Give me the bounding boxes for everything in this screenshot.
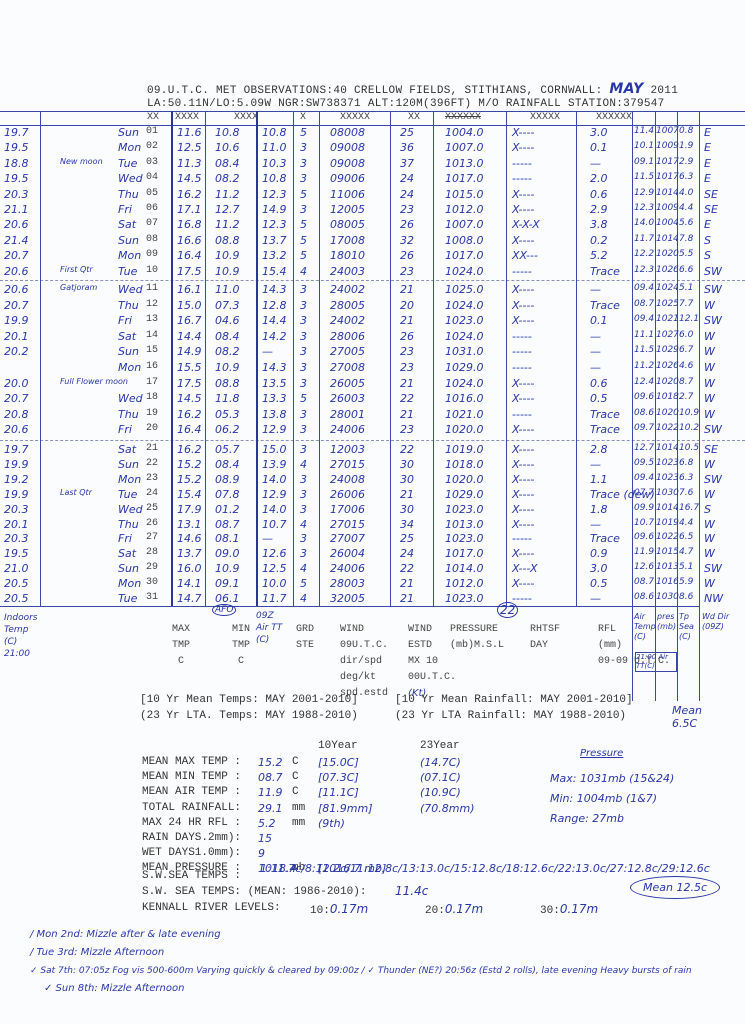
cell-p2: 1030 xyxy=(656,592,679,602)
cell-rain: — xyxy=(590,518,601,531)
table-row: 20.0Full Flower moon1717.508.813.5326005… xyxy=(0,377,745,393)
cell-state: 3 xyxy=(300,547,307,560)
cell-max: 15.0 xyxy=(177,299,202,312)
cell-indoor: 20.7 xyxy=(4,392,29,405)
cell-p2: 1026 xyxy=(656,265,679,275)
lta-temps-ref: (23 Yr LTA. Temps: MAY 1988-2010) xyxy=(140,710,358,722)
cell-pres: 1008.0 xyxy=(445,234,484,247)
cell-indoor: 20.6 xyxy=(4,423,29,436)
cell-p2: 1025 xyxy=(656,299,679,309)
sea-temp-col-header: Tp Sea (C) xyxy=(679,612,699,642)
cell-date: 20 xyxy=(146,423,158,434)
cell-p2: 1020 xyxy=(656,377,679,387)
cell-wind: 27015 xyxy=(330,458,365,471)
pressure-max: Max: 1031mb (15&24) xyxy=(550,772,674,785)
cell-grd: 14.0 xyxy=(262,503,287,516)
cell-indoor: 19.5 xyxy=(4,141,29,154)
cell-state: 5 xyxy=(300,392,307,405)
cell-grd: 14.0 xyxy=(262,473,287,486)
cell-state: 3 xyxy=(300,443,307,456)
cell-max: 16.2 xyxy=(177,443,202,456)
cell-max: 16.2 xyxy=(177,188,202,201)
cell-state: 3 xyxy=(300,361,307,374)
cell-date: 11 xyxy=(146,283,158,294)
cell-rain: — xyxy=(590,592,601,605)
cell-gust: 22 xyxy=(400,562,414,575)
cell-grd: 14.9 xyxy=(262,203,287,216)
cell-sea: 8.6 xyxy=(679,592,693,602)
summary-ten-year: (9th) xyxy=(318,817,345,830)
cell-wind: 09006 xyxy=(330,172,365,185)
summary-lta: (10.9C) xyxy=(420,786,461,799)
cell-dir: NW xyxy=(704,592,723,605)
cell-p2: 1017 xyxy=(656,157,679,167)
table-row: 21.4Sun0816.608.813.7517008321008.0X----… xyxy=(0,234,745,250)
cell-dir: S xyxy=(704,249,711,262)
cell-rain: 0.2 xyxy=(590,234,608,247)
cell-sea: 7.7 xyxy=(679,299,693,309)
cell-rain: 3.0 xyxy=(590,126,608,139)
mean-note: Mean 6.5C xyxy=(672,704,712,730)
table-row: 18.8New moonTue0311.308.410.330900837101… xyxy=(0,157,745,173)
cell-air: 09.6 xyxy=(634,392,654,402)
cell-pres: 1014.0 xyxy=(445,562,484,575)
cell-max: 16.8 xyxy=(177,218,202,231)
table-row: 20.1Thu2613.108.710.7427015341013.0X----… xyxy=(0,518,745,534)
cell-p2: 1026 xyxy=(656,361,679,371)
cell-indoor: 19.2 xyxy=(4,473,29,486)
cell-wind: 08008 xyxy=(330,126,365,139)
cell-sea: 5.9 xyxy=(679,577,693,587)
afo-note: AFO xyxy=(212,604,236,616)
cell-sea: 10.2 xyxy=(679,423,699,433)
table-row: 20.6GatjoramWed1116.111.014.332400221102… xyxy=(0,283,745,299)
cell-max: 15.2 xyxy=(177,458,202,471)
cell-state: 4 xyxy=(300,265,307,278)
cell-dir: S xyxy=(704,234,711,247)
cell-date: 29 xyxy=(146,562,158,573)
cell-day: Wed xyxy=(118,283,143,296)
cell-grd: 10.8 xyxy=(262,172,287,185)
cell-dir: SE xyxy=(704,443,718,456)
cell-day: Tue xyxy=(118,157,137,170)
cell-day: Thu xyxy=(118,299,139,312)
cell-pres: 1013.0 xyxy=(445,157,484,170)
cell-p2: 1013 xyxy=(656,562,679,572)
table-row: 19.9Sun2215.208.413.9427015301018.0X----… xyxy=(0,458,745,474)
cell-date: 23 xyxy=(146,473,158,484)
cell-date: 03 xyxy=(146,157,158,168)
sea-temps-month-mean: Mean 12.5c xyxy=(630,876,720,899)
cell-sea: 7.6 xyxy=(679,488,693,498)
sea-temps-values: 1:11.7c/8:12.2c/11:12.8c/13:13.0c/15:12.… xyxy=(260,862,710,875)
cell-present: X---- xyxy=(512,577,534,590)
weather-header: RHTSFDAY xyxy=(530,622,560,654)
cell-max: 16.1 xyxy=(177,283,202,296)
cell-gust: 23 xyxy=(400,423,414,436)
cell-dir: W xyxy=(704,377,715,390)
cell-dir: SE xyxy=(704,203,718,216)
river-day10: 10:0.17m xyxy=(310,902,368,917)
cell-day: Sun xyxy=(118,345,139,358)
cell-grd: 10.8 xyxy=(262,126,287,139)
table-row: 20.5Mon3014.109.110.0528003211012.0X----… xyxy=(0,577,745,593)
cell-date: 04 xyxy=(146,172,158,183)
cell-date: 12 xyxy=(146,299,158,310)
cell-air: 09.5 xyxy=(634,458,654,468)
cell-wind: 26006 xyxy=(330,488,365,501)
cell-grd: 15.0 xyxy=(262,443,287,456)
cell-indoor: 20.1 xyxy=(4,330,29,343)
table-row: 20.7Wed1814.511.813.3526003221016.0X----… xyxy=(0,392,745,408)
cell-present: X---- xyxy=(512,443,534,456)
table-row: 19.5Mon0212.510.611.0309008361007.0X----… xyxy=(0,141,745,157)
cell-state: 3 xyxy=(300,283,307,296)
cell-gust: 26 xyxy=(400,249,414,262)
cell-date: 09 xyxy=(146,249,158,260)
cell-min: 10.6 xyxy=(215,141,240,154)
cell-sea: 6.6 xyxy=(679,265,693,275)
cell-pres: 1018.0 xyxy=(445,458,484,471)
cell-air: 09.4 xyxy=(634,473,654,483)
table-row: 19.9Last QtrTue2415.407.812.932600621102… xyxy=(0,488,745,504)
cell-min: 06.1 xyxy=(215,592,240,605)
table-row: 19.5Sat2813.709.012.6326004241017.0X----… xyxy=(0,547,745,563)
cell-wind: 08005 xyxy=(330,218,365,231)
lta-rain-ref: (23 Yr LTA Rainfall: MAY 1988-2010) xyxy=(395,710,626,722)
cell-air: 12.3 xyxy=(634,265,654,275)
cell-rain: 5.2 xyxy=(590,249,608,262)
summary-lta: (14.7C) xyxy=(420,756,461,769)
cell-grd: 10.7 xyxy=(262,518,287,531)
cell-present: X---- xyxy=(512,488,534,501)
cell-rain: 3.8 xyxy=(590,218,608,231)
cell-gust: 36 xyxy=(400,141,414,154)
cell-max: 14.4 xyxy=(177,330,202,343)
cell-date: 05 xyxy=(146,188,158,199)
cell-indoor: 20.3 xyxy=(4,532,29,545)
cell-air: 11.5 xyxy=(634,172,654,182)
table-row: 19.7Sat2116.205.715.0312003221019.0X----… xyxy=(0,443,745,459)
cell-rain: — xyxy=(590,345,601,358)
cell-day: Mon xyxy=(118,141,141,154)
cell-min: 04.6 xyxy=(215,314,240,327)
cell-day: Thu xyxy=(118,188,139,201)
cell-day: Fri xyxy=(118,423,132,436)
cell-date: 10 xyxy=(146,265,158,276)
cell-air: 10.7 xyxy=(634,518,654,528)
cell-pres: 1020.0 xyxy=(445,473,484,486)
ten-year-col-label: 10Year xyxy=(318,740,358,752)
code: XXXX xyxy=(234,112,258,123)
pressure-col-header: pres (mb) xyxy=(657,612,677,632)
summary-label: MEAN AIR TEMP : xyxy=(142,786,241,798)
cell-gust: 21 xyxy=(400,283,414,296)
cell-present: ----- xyxy=(512,532,532,545)
cell-pres: 1007.0 xyxy=(445,218,484,231)
cell-max: 12.5 xyxy=(177,141,202,154)
cell-wind: 32005 xyxy=(330,592,365,605)
cell-state: 4 xyxy=(300,562,307,575)
cell-day: Tue xyxy=(118,488,137,501)
ten-year-rain-ref: [10 Yr Mean Rainfall: MAY 2001-2010] xyxy=(395,694,633,706)
cell-day: Mon xyxy=(118,473,141,486)
cell-day: Fri xyxy=(118,314,132,327)
cell-min: 08.4 xyxy=(215,458,240,471)
cell-gust: 21 xyxy=(400,314,414,327)
cell-rain: 0.9 xyxy=(590,547,608,560)
cell-pres: 1012.0 xyxy=(445,577,484,590)
cell-state: 3 xyxy=(300,299,307,312)
cell-gust: 24 xyxy=(400,172,414,185)
cell-state: 3 xyxy=(300,503,307,516)
cell-gust: 21 xyxy=(400,408,414,421)
cell-day: Wed xyxy=(118,392,143,405)
cell-indoor: 19.9 xyxy=(4,488,29,501)
cell-date: 02 xyxy=(146,141,158,152)
summary-unit: C xyxy=(292,756,299,768)
cell-present: X---- xyxy=(512,126,534,139)
cell-gust: 24 xyxy=(400,547,414,560)
cell-wind: 28006 xyxy=(330,330,365,343)
summary-unit: mm xyxy=(292,817,305,829)
cell-indoor: 20.2 xyxy=(4,345,29,358)
cell-max: 16.0 xyxy=(177,562,202,575)
summary-label: RAIN DAYS.2mm): xyxy=(142,832,241,844)
cell-grd: 15.4 xyxy=(262,265,287,278)
cell-indoor: 20.5 xyxy=(4,592,29,605)
cell-max: 13.1 xyxy=(177,518,202,531)
cell-min: 08.9 xyxy=(215,473,240,486)
max-temp-header: MAXTMPC xyxy=(172,622,190,670)
code: XXXXXX xyxy=(445,112,481,123)
cell-p2: 1023 xyxy=(656,473,679,483)
cell-rain: 2.8 xyxy=(590,443,608,456)
cell-wind: 26003 xyxy=(330,392,365,405)
summary-ten-year: [15.0C] xyxy=(318,756,359,769)
cell-wind: 27007 xyxy=(330,532,365,545)
cell-gust: 30 xyxy=(400,458,414,471)
cell-max: 16.7 xyxy=(177,314,202,327)
cell-wind: 24006 xyxy=(330,562,365,575)
twenty-day-divider xyxy=(0,440,745,441)
table-row: 20.3Thu0516.211.212.3511006241015.0X----… xyxy=(0,188,745,204)
cell-present: ----- xyxy=(512,361,532,374)
cell-max: 16.4 xyxy=(177,249,202,262)
cell-gust: 21 xyxy=(400,488,414,501)
cell-wind: 12003 xyxy=(330,443,365,456)
summary-unit: C xyxy=(292,771,299,783)
cell-rain: Trace xyxy=(590,408,620,421)
wind-dir-col-header: Wd Dir (09Z) xyxy=(702,612,730,632)
cell-dir: W xyxy=(704,361,715,374)
cell-p2: 1014 xyxy=(656,188,679,198)
cell-indoor: 19.5 xyxy=(4,547,29,560)
cell-pres: 1017.0 xyxy=(445,249,484,262)
cell-rain: 0.5 xyxy=(590,392,608,405)
cell-wind: 24008 xyxy=(330,473,365,486)
cell-p2: 1014 xyxy=(656,234,679,244)
cell-air: 12.9 xyxy=(634,188,654,198)
note: ✓ Sat 7th: 07:05z Fog vis 500-600m Varyi… xyxy=(30,962,730,980)
cell-state: 4 xyxy=(300,592,307,605)
cell-gust: 22 xyxy=(400,443,414,456)
cell-air: 09.6 xyxy=(634,532,654,542)
cell-air: 11.7 xyxy=(634,234,654,244)
cell-dir: W xyxy=(704,532,715,545)
cell-grd: 11.0 xyxy=(262,141,287,154)
cell-pres: 1004.0 xyxy=(445,126,484,139)
cell-gust: 23 xyxy=(400,265,414,278)
summary-label: MEAN MAX TEMP : xyxy=(142,756,241,768)
cell-pres: 1024.0 xyxy=(445,299,484,312)
cell-air: 08.6 xyxy=(634,592,654,602)
cell-indoor: 21.1 xyxy=(4,203,29,216)
cell-air: 07.7 xyxy=(634,488,654,498)
cell-wind: 26004 xyxy=(330,547,365,560)
cell-indoor: 21.0 xyxy=(4,562,29,575)
cell-rain: — xyxy=(590,458,601,471)
code: XX xyxy=(408,112,420,123)
cell-present: X---X xyxy=(512,562,538,575)
cell-rain: 3.0 xyxy=(590,562,608,575)
cell-state: 3 xyxy=(300,488,307,501)
cell-state: 5 xyxy=(300,188,307,201)
cell-state: 3 xyxy=(300,314,307,327)
code: XXXXX xyxy=(530,112,560,123)
cell-grd: — xyxy=(262,532,273,545)
cell-date: 27 xyxy=(146,532,158,543)
cell-sea: 5.6 xyxy=(679,218,693,228)
cell-sea: 10.5 xyxy=(679,443,699,453)
summary-lta: (07.1C) xyxy=(420,771,461,784)
cell-day: Mon xyxy=(118,577,141,590)
cell-grd: 13.2 xyxy=(262,249,287,262)
cell-min: 01.2 xyxy=(215,503,240,516)
cell-gust: 26 xyxy=(400,330,414,343)
title-text: 09.U.T.C. MET OBSERVATIONS:40 CRELLOW FI… xyxy=(147,85,602,97)
cell-present: X---- xyxy=(512,503,534,516)
cell-gust: 30 xyxy=(400,473,414,486)
cell-indoor: 20.3 xyxy=(4,188,29,201)
cell-gust: 21 xyxy=(400,577,414,590)
cell-sea: 5.5 xyxy=(679,249,693,259)
cell-rain: 0.6 xyxy=(590,377,608,390)
cell-state: 5 xyxy=(300,577,307,590)
cell-dir: W xyxy=(704,488,715,501)
cell-dir: SW xyxy=(704,473,722,486)
cell-p2: 1022 xyxy=(656,532,679,542)
cell-pres: 1031.0 xyxy=(445,345,484,358)
evening-air-temp-header: 21:00 Air TT(C) xyxy=(635,652,677,672)
cell-state: 5 xyxy=(300,249,307,262)
cell-pres: 1021.0 xyxy=(445,408,484,421)
cell-date: 13 xyxy=(146,314,158,325)
cell-grd: 13.8 xyxy=(262,408,287,421)
table-row: 20.7Mon0916.410.913.2518010261017.0XX---… xyxy=(0,249,745,265)
cell-pres: 1016.0 xyxy=(445,392,484,405)
cell-gust: 21 xyxy=(400,377,414,390)
cell-max: 16.4 xyxy=(177,423,202,436)
cell-date: 18 xyxy=(146,392,158,403)
cell-dir: SE xyxy=(704,188,718,201)
cell-present: X-X-X xyxy=(512,218,540,231)
code: XXXXXX xyxy=(596,112,632,123)
cell-grd: 11.7 xyxy=(262,592,287,605)
cell-wind: 24002 xyxy=(330,314,365,327)
cell-pres: 1017.0 xyxy=(445,547,484,560)
lta-col-label: 23Year xyxy=(420,740,460,752)
cell-date: 25 xyxy=(146,503,158,514)
cell-dir: S xyxy=(704,503,711,516)
cell-pres: 1023.0 xyxy=(445,532,484,545)
cell-min: 10.9 xyxy=(215,361,240,374)
cell-pres: 1012.0 xyxy=(445,203,484,216)
code: XX xyxy=(147,112,159,123)
cell-grd: 14.2 xyxy=(262,330,287,343)
min-temp-header: MINTMPC xyxy=(232,622,250,670)
cell-p2: 1027 xyxy=(656,330,679,340)
cell-day: Mon xyxy=(118,249,141,262)
cell-date: 21 xyxy=(146,443,158,454)
cell-air: 12.3 xyxy=(634,203,654,213)
summary-label: MEAN MIN TEMP : xyxy=(142,771,241,783)
cell-p2: 1009 xyxy=(656,141,679,151)
cell-dir: W xyxy=(704,577,715,590)
cell-day: Thu xyxy=(118,408,139,421)
summary-label: MAX 24 HR RFL : xyxy=(142,817,241,829)
cell-gust: 34 xyxy=(400,518,414,531)
cell-dir: SW xyxy=(704,283,722,296)
indoor-temp-header: Indoors Temp (C) 21:00 xyxy=(4,612,38,660)
cell-p2: 1020 xyxy=(656,408,679,418)
cell-air: 08.6 xyxy=(634,408,654,418)
code: XXXX xyxy=(175,112,199,123)
cell-p2: 1007 xyxy=(656,126,679,136)
cell-dir: SW xyxy=(704,314,722,327)
cell-p2: 1009 xyxy=(656,203,679,213)
note: / Mon 2nd: Mizzle after & late evening xyxy=(30,926,730,944)
cell-present: X---- xyxy=(512,234,534,247)
table-row: 21.1Fri0617.112.714.9312005231012.0X----… xyxy=(0,203,745,219)
cell-sea: 4.6 xyxy=(679,361,693,371)
cell-wind: 17008 xyxy=(330,234,365,247)
cell-grd: 12.3 xyxy=(262,218,287,231)
cell-sea: 8.7 xyxy=(679,377,693,387)
cell-grd: 12.3 xyxy=(262,188,287,201)
cell-wind: 28003 xyxy=(330,577,365,590)
cell-sea: 5.1 xyxy=(679,562,693,572)
table-row: 20.2Sun1514.908.2—327005231031.0-----—11… xyxy=(0,345,745,361)
cell-present: ----- xyxy=(512,345,532,358)
cell-rain: 0.5 xyxy=(590,577,608,590)
cell-sea: 2.9 xyxy=(679,157,693,167)
form-title: 09.U.T.C. MET OBSERVATIONS:40 CRELLOW FI… xyxy=(147,81,678,97)
cell-dir: E xyxy=(704,172,711,185)
wind-gust-header: WINDESTDMX 1000U.T.C.(Kt) xyxy=(408,622,456,702)
cell-state: 3 xyxy=(300,345,307,358)
cell-indoor: 20.8 xyxy=(4,408,29,421)
cell-min: 11.2 xyxy=(215,218,240,231)
cell-day: Mon xyxy=(118,361,141,374)
cell-state: 5 xyxy=(300,218,307,231)
cell-wind: 11006 xyxy=(330,188,365,201)
summary-ten-year: [11.1C] xyxy=(318,786,359,799)
cell-grd: 13.3 xyxy=(262,392,287,405)
cell-date: 17 xyxy=(146,377,158,388)
cell-max: 17.5 xyxy=(177,265,202,278)
cell-grd: 14.3 xyxy=(262,283,287,296)
